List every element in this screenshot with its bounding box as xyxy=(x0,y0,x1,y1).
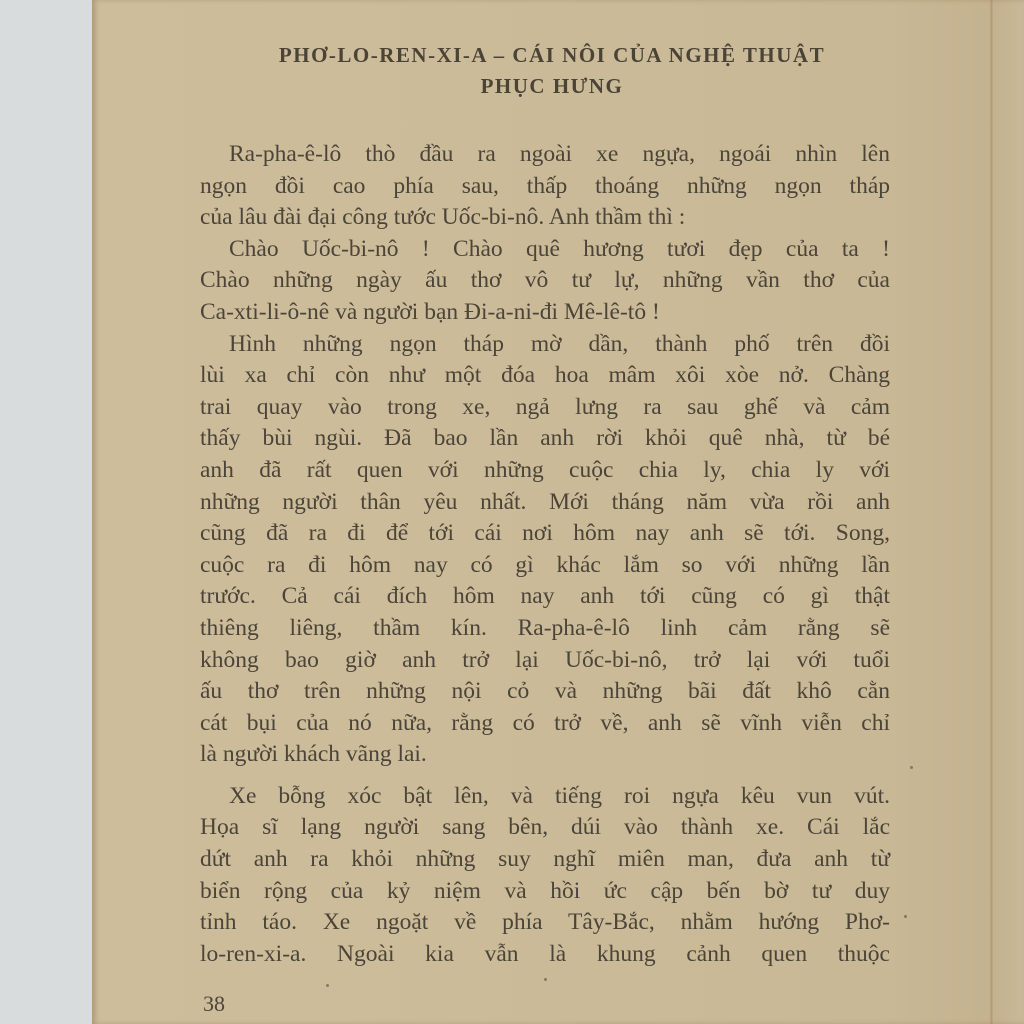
text-line: Ca-xti-li-ô-nê và người bạn Đi-a-ni-đi M… xyxy=(200,297,890,329)
text-line: trai quay vào trong xe, ngả lưng ra sau … xyxy=(200,392,890,424)
text-line: trước. Cả cái đích hôm nay anh tới cũng … xyxy=(200,581,890,613)
text-line: Chào Uốc-bi-nô ! Chào quê hương tươi đẹp… xyxy=(200,234,890,266)
text-line: biển rộng của kỷ niệm và hồi ức cập bến … xyxy=(200,876,890,908)
paper-speck xyxy=(544,978,547,981)
text-line: là người khách vãng lai. xyxy=(200,739,890,771)
text-line: lùi xa chỉ còn như một đóa hoa mâm xôi x… xyxy=(200,360,890,392)
text-line: cát bụi của nó nữa, rằng có trở về, anh … xyxy=(200,708,890,740)
paragraph: Hình những ngọn tháp mờ dần, thành phố t… xyxy=(200,329,890,771)
text-line: ấu thơ trên những nội cỏ và những bãi đấ… xyxy=(200,676,890,708)
text-line: anh đã rất quen với những cuộc chia ly, … xyxy=(200,455,890,487)
book-page: PHƠ-LO-REN-XI-A – CÁI NÔI CỦA NGHỆ THUẬT… xyxy=(92,0,1024,1024)
paper-speck xyxy=(904,915,907,918)
body-text: Ra-pha-ê-lô thò đầu ra ngoài xe ngựa, ng… xyxy=(200,139,890,970)
page-fold-line xyxy=(990,0,993,1024)
paragraph: Ra-pha-ê-lô thò đầu ra ngoài xe ngựa, ng… xyxy=(200,139,890,234)
text-line: dứt anh ra khỏi những suy nghĩ miên man,… xyxy=(200,844,890,876)
text-line: lo-ren-xi-a. Ngoài kia vẫn là khung cảnh… xyxy=(200,939,890,971)
text-line: thấy bùi ngùi. Đã bao lần anh rời khỏi q… xyxy=(200,423,890,455)
text-line: Chào những ngày ấu thơ vô tư lự, những v… xyxy=(200,265,890,297)
chapter-title: PHƠ-LO-REN-XI-A – CÁI NÔI CỦA NGHỆ THUẬT… xyxy=(212,40,892,102)
text-line: Xe bỗng xóc bật lên, và tiếng roi ngựa k… xyxy=(200,781,890,813)
chapter-title-line-1: PHƠ-LO-REN-XI-A – CÁI NÔI CỦA NGHỆ THUẬT xyxy=(212,40,892,71)
page-number: 38 xyxy=(203,991,225,1017)
text-line: Ra-pha-ê-lô thò đầu ra ngoài xe ngựa, ng… xyxy=(200,139,890,171)
text-line: cuộc ra đi hôm nay có gì khác lắm so với… xyxy=(200,550,890,582)
text-line: thiêng liêng, thầm kín. Ra-pha-ê-lô linh… xyxy=(200,613,890,645)
text-line: ngọn đồi cao phía sau, thấp thoáng những… xyxy=(200,171,890,203)
paper-speck xyxy=(326,984,329,987)
text-line: không bao giờ anh trở lại Uốc-bi-nô, trở… xyxy=(200,645,890,677)
text-line: cũng đã ra đi để tới cái nơi hôm nay anh… xyxy=(200,518,890,550)
text-line: Hình những ngọn tháp mờ dần, thành phố t… xyxy=(200,329,890,361)
paragraph: Chào Uốc-bi-nô ! Chào quê hương tươi đẹp… xyxy=(200,234,890,329)
chapter-title-line-2: PHỤC HƯNG xyxy=(212,71,892,102)
paragraph: Xe bỗng xóc bật lên, và tiếng roi ngựa k… xyxy=(200,781,890,971)
text-line: Họa sĩ lạng người sang bên, dúi vào thàn… xyxy=(200,812,890,844)
text-line: những người thân yêu nhất. Mới tháng năm… xyxy=(200,487,890,519)
paragraph-spacer xyxy=(200,771,890,781)
paper-speck xyxy=(910,766,913,769)
text-line: của lâu đài đại công tước Uốc-bi-nô. Anh… xyxy=(200,202,890,234)
text-line: tỉnh táo. Xe ngoặt về phía Tây-Bắc, nhằm… xyxy=(200,907,890,939)
